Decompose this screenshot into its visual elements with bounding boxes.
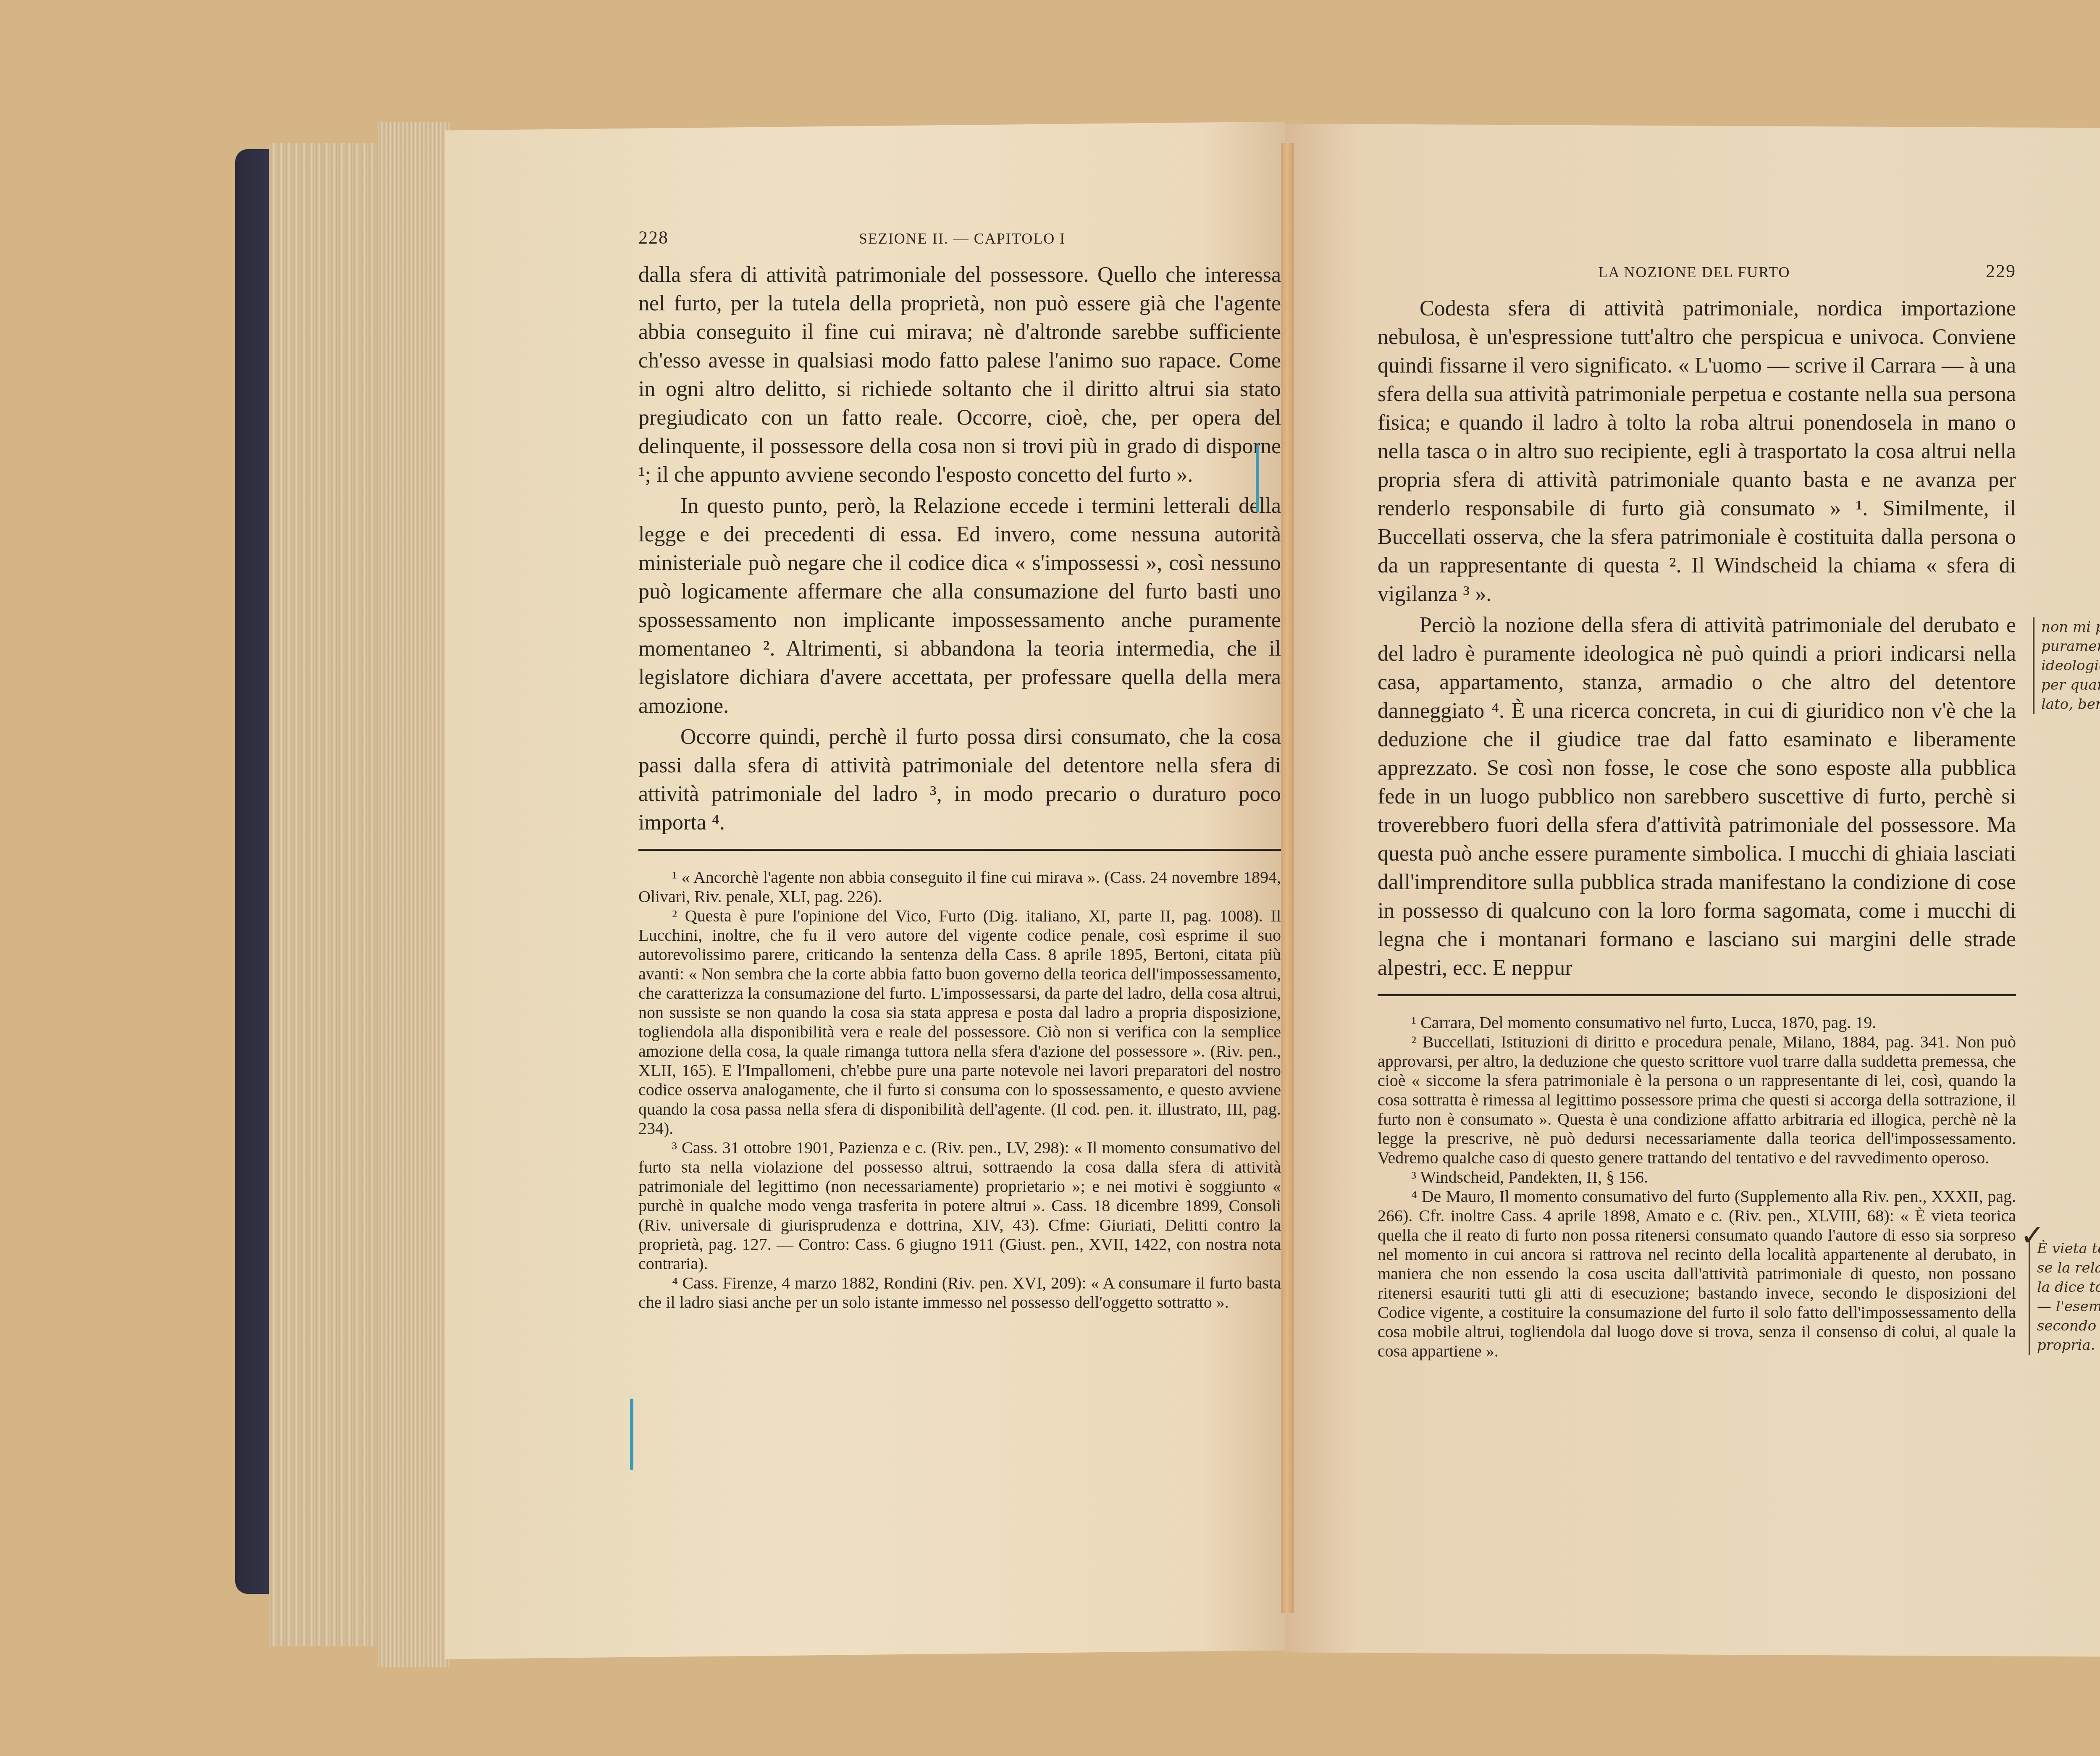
right-footnotes: ¹ Carrara, Del momento consumativo nel f…	[1378, 1013, 2016, 1361]
blue-pencil-mark	[630, 1399, 633, 1470]
left-running-head: 228 SEZIONE II. — CAPITOLO I	[638, 227, 1281, 248]
footnote: ¹ « Ancorchè l'agente non abbia consegui…	[638, 868, 1281, 906]
paragraph: Perciò la nozione della sfera di attivit…	[1378, 611, 2016, 982]
page-number-right: 229	[1986, 260, 2016, 282]
left-page-content: 228 SEZIONE II. — CAPITOLO I dalla sfera…	[638, 227, 1281, 1312]
paragraph: Codesta sfera di attività patrimoniale, …	[1378, 294, 2016, 609]
right-body-text: Codesta sfera di attività patrimoniale, …	[1378, 294, 2016, 982]
right-page-content: LA NOZIONE DEL FURTO 229 Codesta sfera d…	[1378, 260, 2016, 1361]
left-body-text: dalla sfera di attività patrimoniale del…	[638, 261, 1281, 837]
handwritten-margin-note: È vieta teorica? Ma se la relazione stes…	[2029, 1239, 2100, 1355]
footnote: ¹ Carrara, Del momento consumativo nel f…	[1378, 1013, 2016, 1032]
running-head-title-left: SEZIONE II. — CAPITOLO I	[669, 230, 1256, 247]
blue-pencil-mark	[1256, 445, 1259, 512]
footnote: ⁴ Cass. Firenze, 4 marzo 1882, Rondini (…	[638, 1273, 1281, 1312]
page-edges-left-inner	[378, 122, 449, 1667]
right-running-head: LA NOZIONE DEL FURTO 229	[1378, 260, 2016, 282]
paragraph: Occorre quindi, perchè il furto possa di…	[638, 723, 1281, 837]
footnote: ² Questa è pure l'opinione del Vico, Fur…	[638, 906, 1281, 1138]
left-footnotes: ¹ « Ancorchè l'agente non abbia consegui…	[638, 868, 1281, 1312]
footnote: ⁴ De Mauro, Il momento consumativo del f…	[1378, 1187, 2016, 1361]
footnote: ³ Cass. 31 ottobre 1901, Pazienza e c. (…	[638, 1138, 1281, 1273]
book-gutter	[1281, 143, 1294, 1613]
footnote-divider	[638, 849, 1281, 851]
check-mark-icon: ✓	[2020, 1218, 2045, 1252]
footnote: ² Buccellati, Istituzioni di diritto e p…	[1378, 1032, 2016, 1168]
footnote: ³ Windscheid, Pandekten, II, § 156.	[1378, 1168, 2016, 1187]
page-number-left: 228	[638, 227, 669, 248]
paragraph: In questo punto, però, la Relazione ecce…	[638, 492, 1281, 720]
paragraph: dalla sfera di attività patrimoniale del…	[638, 261, 1281, 489]
running-head-title-right: LA NOZIONE DEL FURTO	[1403, 263, 1986, 281]
footnote-divider	[1378, 994, 2016, 996]
handwritten-margin-note: non mi pare puramente ideologica — ma, p…	[2033, 617, 2100, 714]
